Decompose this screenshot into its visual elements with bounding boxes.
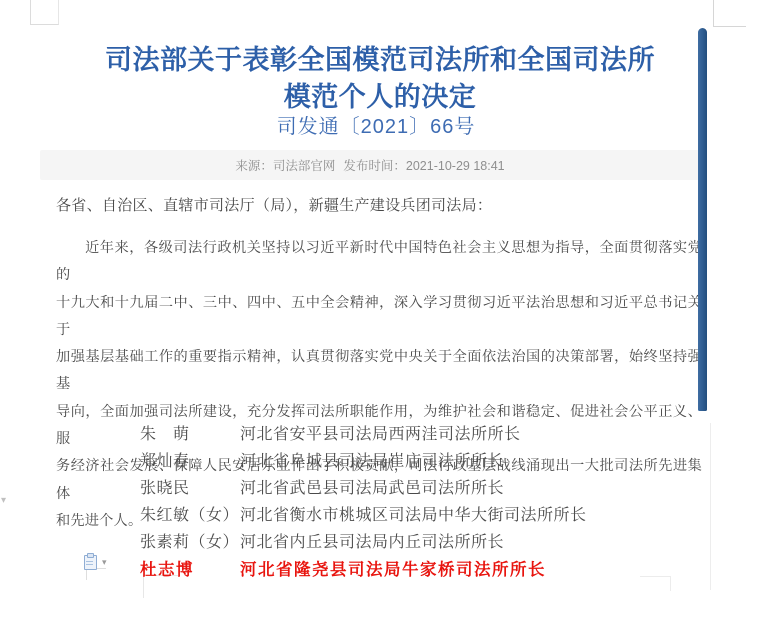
paragraph-line: 十九大和十九届二中、三中、四中、五中全会精神，深入学习贯彻习近平法治思想和习近平… [56,290,702,345]
honor-row: 朱红敏（女） 河北省衡水市桃城区司法局中华大街司法所所长 [140,502,587,529]
paste-options-icon[interactable] [84,553,98,569]
meta-band: 来源：司法部官网 发布时间：2021-10-29 18:41 [40,150,700,180]
paragraph-line: 近年来，各级司法行政机关坚持以习近平新时代中国特色社会主义思想为指导，全面贯彻落… [56,235,702,290]
page-title-line2: 模范个人的决定 [50,79,710,116]
salutation: 各省、自治区、直辖市司法厅（局），新疆生产建设兵团司法局： [56,195,706,217]
page-title-line1: 司法部关于表彰全国模范司法所和全国司法所 [50,42,710,79]
paste-options-dropdown-icon[interactable]: ▾ [102,557,107,567]
honor-name: 张素莉（女） [140,529,240,556]
meta-publish-time: 发布时间：2021-10-29 18:41 [343,156,504,174]
paragraph-line: 加强基层基础工作的重要指示精神，认真贯彻落实党中央关于全面依法治国的决策部署，始… [56,344,702,399]
honor-name: 朱 萌 [140,421,240,448]
honor-title: 河北省内丘县司法局内丘司法所所长 [240,529,504,556]
left-margin-caret-icon: ▾ [1,496,6,506]
honor-title: 河北省衡水市桃城区司法局中华大街司法所所长 [240,502,587,529]
honor-row: 朱 萌 河北省安平县司法局西两洼司法所所长 [140,421,587,448]
honor-name: 朱红敏（女） [140,502,240,529]
page-corner-mark-top-right [713,0,746,27]
meta-source: 来源：司法部官网 [235,156,335,174]
honor-row: 张素莉（女） 河北省内丘县司法局内丘司法所所长 [140,529,587,556]
paste-options-button[interactable]: ▾ [84,553,107,569]
page-title: 司法部关于表彰全国模范司法所和全国司法所 模范个人的决定 [50,42,710,116]
honor-list: 朱 萌 河北省安平县司法局西两洼司法所所长 郑灿春 河北省阜城县司法局崔庙司法所… [140,421,587,583]
page-corner-mark-bottom-right [640,576,671,591]
honor-name: 张晓民 [140,475,240,502]
doc-number: 司发通〔2021〕66号 [0,113,752,141]
honor-name: 杜志博 [140,556,240,583]
page-corner-mark-top-left [30,0,59,25]
honor-row: 张晓民 河北省武邑县司法局武邑司法所所长 [140,475,587,502]
document-page: ▾ 司法部关于表彰全国模范司法所和全国司法所 模范个人的决定 司发通〔2021〕… [0,0,760,631]
honor-title: 河北省隆尧县司法局牛家桥司法所所长 [240,556,546,583]
honor-title: 河北省安平县司法局西两洼司法所所长 [240,421,521,448]
honor-row-highlighted: 杜志博 河北省隆尧县司法局牛家桥司法所所长 [140,556,587,583]
scrollbar-track-line [710,423,711,590]
vertical-scrollbar-thumb[interactable] [698,28,707,411]
honor-title: 河北省阜城县司法局崔庙司法所所长 [240,448,504,475]
honor-row: 郑灿春 河北省阜城县司法局崔庙司法所所长 [140,448,587,475]
honor-title: 河北省武邑县司法局武邑司法所所长 [240,475,504,502]
honor-name: 郑灿春 [140,448,240,475]
